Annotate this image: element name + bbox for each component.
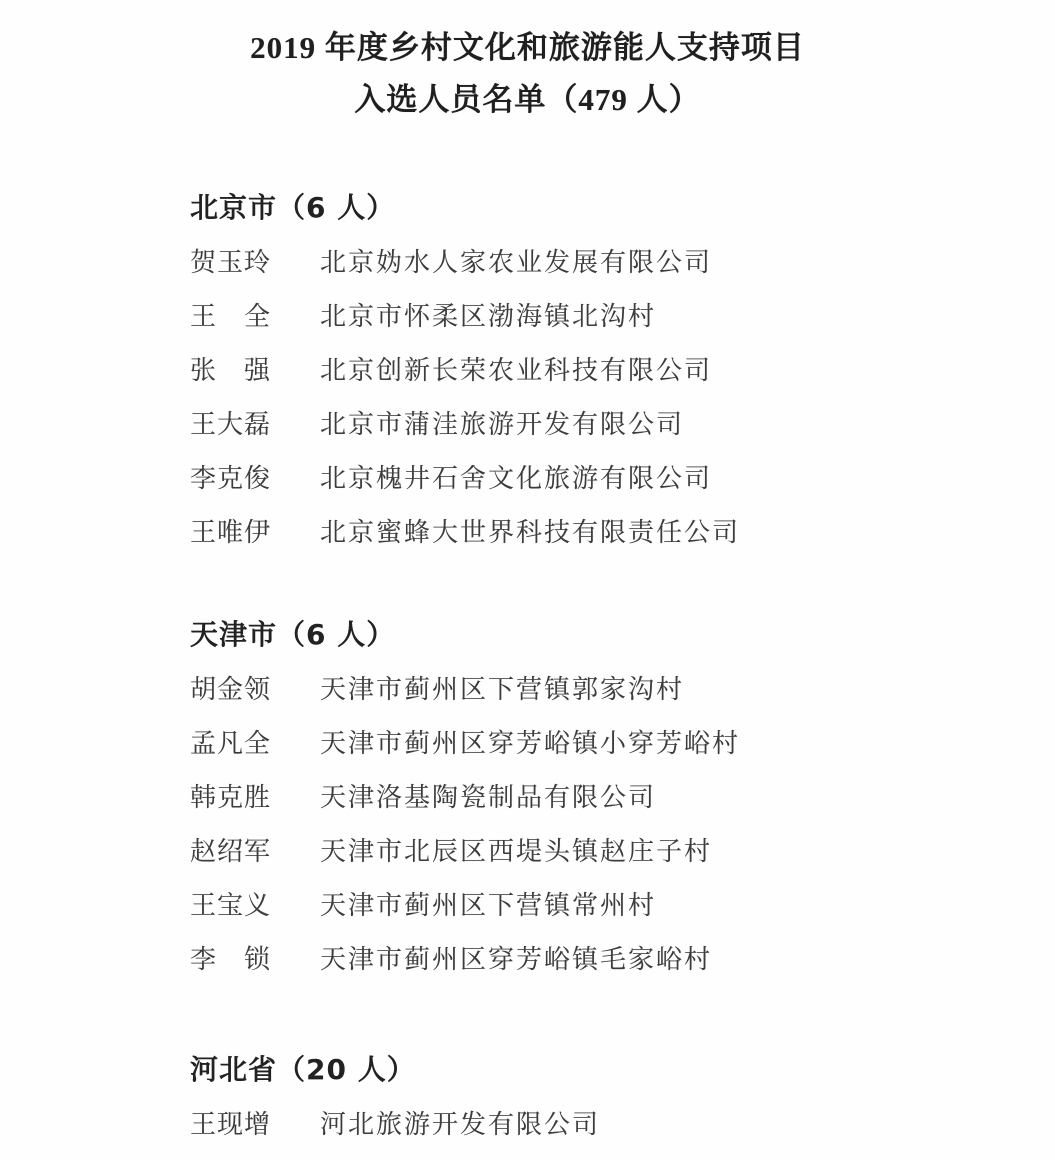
section-heading-tianjin: 天津市（6 人） <box>190 619 995 651</box>
person-organization: 天津市蓟州区下营镇郭家沟村 <box>320 669 995 706</box>
section-heading-beijing: 北京市（6 人） <box>190 192 995 224</box>
section-tianjin: 天津市（6 人） 胡金领 天津市蓟州区下营镇郭家沟村 孟凡全 天津市蓟州区穿芳峪… <box>190 619 995 984</box>
person-name: 贺玉玲 <box>190 242 320 279</box>
person-organization: 北京市怀柔区渤海镇北沟村 <box>320 296 995 333</box>
title-line-1: 2019 年度乡村文化和旅游能人支持项目 <box>0 22 1055 74</box>
person-row: 赵绍军 天津市北辰区西堤头镇赵庄子村 <box>190 822 995 876</box>
person-name: 赵绍军 <box>190 831 320 868</box>
person-organization: 北京蜜蜂大世界科技有限责任公司 <box>320 512 995 549</box>
person-name: 韩克胜 <box>190 777 320 814</box>
person-organization: 北京槐井石舍文化旅游有限公司 <box>320 458 995 495</box>
person-name: 李 锁 <box>190 939 320 976</box>
person-name: 王大磊 <box>190 404 320 441</box>
person-organization: 北京市蒲洼旅游开发有限公司 <box>320 404 995 441</box>
section-rows-beijing: 贺玉玲 北京妫水人家农业发展有限公司 王 全 北京市怀柔区渤海镇北沟村 张 强 … <box>190 233 995 557</box>
person-name: 张 强 <box>190 350 320 387</box>
person-organization: 天津洛基陶瓷制品有限公司 <box>320 777 995 814</box>
person-organization: 北京创新长荣农业科技有限公司 <box>320 350 995 387</box>
person-organization: 天津市蓟州区下营镇常州村 <box>320 885 995 922</box>
person-row: 韩克胜 天津洛基陶瓷制品有限公司 <box>190 768 995 822</box>
document-title: 2019 年度乡村文化和旅游能人支持项目 入选人员名单（479 人） <box>0 0 1055 126</box>
person-row: 李 锁 天津市蓟州区穿芳峪镇毛家峪村 <box>190 930 995 984</box>
person-organization: 河北旅游开发有限公司 <box>320 1104 995 1141</box>
person-row: 王 全 北京市怀柔区渤海镇北沟村 <box>190 287 995 341</box>
person-row: 孟凡全 天津市蓟州区穿芳峪镇小穿芳峪村 <box>190 714 995 768</box>
person-row: 王唯伊 北京蜜蜂大世界科技有限责任公司 <box>190 503 995 557</box>
person-row: 王大磊 北京市蒲洼旅游开发有限公司 <box>190 395 995 449</box>
person-row: 胡金领 天津市蓟州区下营镇郭家沟村 <box>190 660 995 714</box>
person-name: 孟凡全 <box>190 723 320 760</box>
person-name: 王 全 <box>190 296 320 333</box>
section-hebei: 河北省（20 人） 王现增 河北旅游开发有限公司 <box>190 1054 995 1149</box>
person-row: 王宝义 天津市蓟州区下营镇常州村 <box>190 876 995 930</box>
section-heading-hebei: 河北省（20 人） <box>190 1054 995 1086</box>
person-organization: 天津市北辰区西堤头镇赵庄子村 <box>320 831 995 868</box>
person-organization: 北京妫水人家农业发展有限公司 <box>320 242 995 279</box>
document-page: 2019 年度乡村文化和旅游能人支持项目 入选人员名单（479 人） 北京市（6… <box>0 0 1055 1160</box>
person-organization: 天津市蓟州区穿芳峪镇小穿芳峪村 <box>320 723 995 760</box>
section-beijing: 北京市（6 人） 贺玉玲 北京妫水人家农业发展有限公司 王 全 北京市怀柔区渤海… <box>190 192 995 557</box>
person-row: 张 强 北京创新长荣农业科技有限公司 <box>190 341 995 395</box>
person-name: 王现增 <box>190 1104 320 1141</box>
title-line-2: 入选人员名单（479 人） <box>0 74 1055 126</box>
person-organization: 天津市蓟州区穿芳峪镇毛家峪村 <box>320 939 995 976</box>
person-name: 王宝义 <box>190 885 320 922</box>
name-list-content: 北京市（6 人） 贺玉玲 北京妫水人家农业发展有限公司 王 全 北京市怀柔区渤海… <box>190 192 995 1149</box>
person-row: 李克俊 北京槐井石舍文化旅游有限公司 <box>190 449 995 503</box>
person-row: 王现增 河北旅游开发有限公司 <box>190 1095 995 1149</box>
person-name: 胡金领 <box>190 669 320 706</box>
section-rows-hebei: 王现增 河北旅游开发有限公司 <box>190 1095 995 1149</box>
person-name: 李克俊 <box>190 458 320 495</box>
person-name: 王唯伊 <box>190 512 320 549</box>
section-rows-tianjin: 胡金领 天津市蓟州区下营镇郭家沟村 孟凡全 天津市蓟州区穿芳峪镇小穿芳峪村 韩克… <box>190 660 995 984</box>
person-row: 贺玉玲 北京妫水人家农业发展有限公司 <box>190 233 995 287</box>
